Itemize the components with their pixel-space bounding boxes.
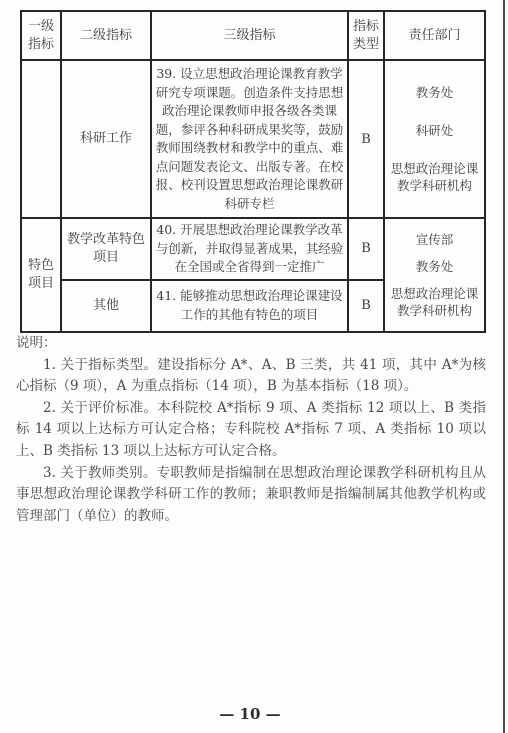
department-item: 教务处	[414, 258, 456, 275]
cell-39-type: B	[348, 60, 384, 218]
cell-41-level2: 其他	[61, 280, 151, 332]
header-cell-level3: 三级指标	[151, 11, 348, 60]
cell-40-type: B	[348, 218, 384, 280]
cell-40-41-departments: 宣传部教务处思想政治理论课教学科研机构	[384, 218, 485, 332]
header-cell-level2: 二级指标	[61, 11, 151, 60]
cell-41-type: B	[348, 280, 384, 332]
header-cell-level1: 一级指标	[21, 11, 61, 60]
cell-40-level2: 教学改革特色项目	[61, 218, 151, 280]
department-list-40-41: 宣传部教务处思想政治理论课教学科研机构	[387, 221, 482, 329]
cell-39-departments: 教务处科研处思想政治理论课教学科研机构	[384, 60, 485, 218]
note-paragraph-1: 1. 关于指标类型。建设指标分 A*、A、B 三类，共 41 项，其中 A*为核…	[16, 355, 486, 398]
header-cell-type: 指标类型	[348, 11, 384, 60]
notes-label: 说明：	[16, 333, 486, 355]
cell-39-level1-empty	[21, 60, 61, 218]
department-item: 科研处	[414, 122, 456, 139]
department-item: 宣传部	[414, 231, 456, 248]
note-paragraph-2: 2. 关于评价标准。本科院校 A*指标 9 项、A 类指标 12 项以上、B 类…	[16, 398, 486, 463]
table-header-row: 一级指标 二级指标 三级指标 指标类型 责任部门	[21, 11, 485, 60]
department-item: 思想政治理论课教学科研机构	[387, 160, 482, 194]
cell-40-41-level1: 特色项目	[21, 218, 61, 332]
document-page: 一级指标 二级指标 三级指标 指标类型 责任部门 科研工作 39. 设立思想政治…	[0, 0, 508, 733]
department-item: 思想政治理论课教学科研机构	[387, 285, 482, 319]
cell-39-level2: 科研工作	[61, 60, 151, 218]
table-row-39: 科研工作 39. 设立思想政治理论课教育教学研究专项课题。创造条件支持思想政治理…	[21, 60, 485, 218]
scan-edge-line	[503, 0, 505, 733]
cell-40-level3: 40. 开展思想政治理论课教学改革与创新，并取得显著成果，其经验在全国或全省得到…	[151, 218, 348, 280]
department-item: 教务处	[414, 84, 456, 101]
cell-41-level3: 41. 能够推动思想政治理论课建设工作的其他有特色的项目	[151, 280, 348, 332]
page-number: — 10 —	[0, 705, 500, 723]
indicator-table: 一级指标 二级指标 三级指标 指标类型 责任部门 科研工作 39. 设立思想政治…	[20, 10, 486, 333]
notes-section: 说明： 1. 关于指标类型。建设指标分 A*、A、B 三类，共 41 项，其中 …	[16, 333, 486, 527]
note-paragraph-3: 3. 关于教师类别。专职教师是指编制在思想政治理论课教学科研机构且从事思想政治理…	[16, 463, 486, 528]
department-list-39: 教务处科研处思想政治理论课教学科研机构	[387, 63, 482, 215]
header-cell-department: 责任部门	[384, 11, 485, 60]
table-row-40: 特色项目 教学改革特色项目 40. 开展思想政治理论课教学改革与创新，并取得显著…	[21, 218, 485, 280]
cell-39-level3: 39. 设立思想政治理论课教育教学研究专项课题。创造条件支持思想政治理论课教师申…	[151, 60, 348, 218]
